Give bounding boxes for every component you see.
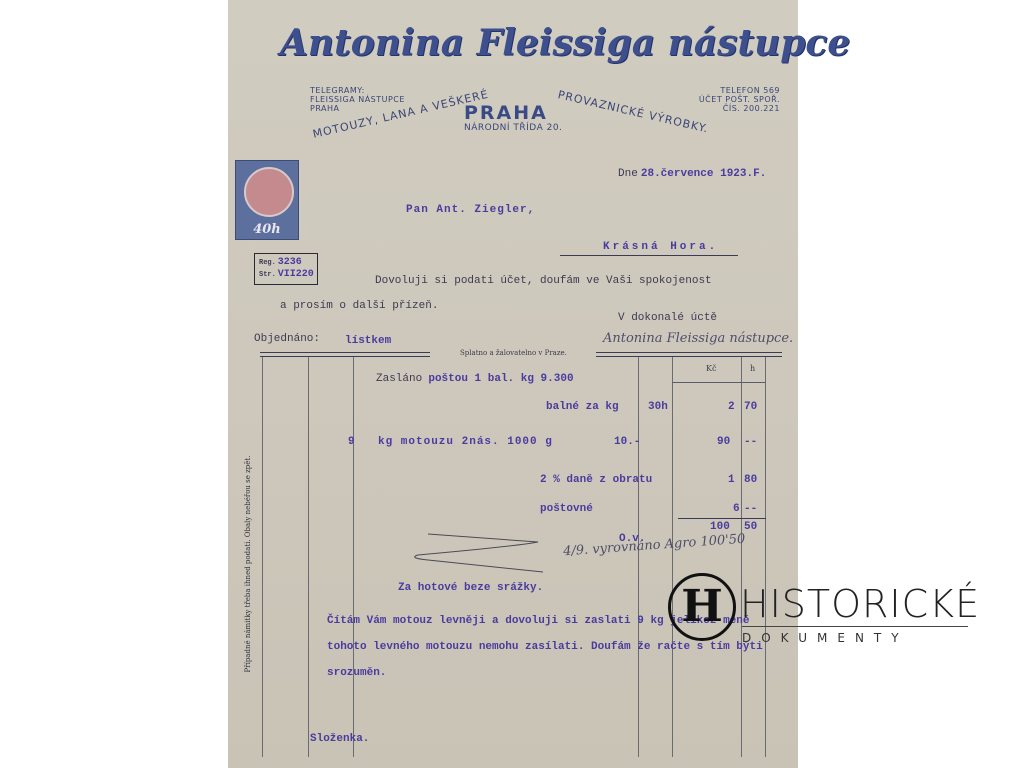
registration-box: Reg. 3236 Str. VII220 [254, 253, 318, 285]
date-label: Dne [618, 168, 638, 180]
reg-label: Reg. [259, 259, 276, 267]
row-description: balné za kg [546, 401, 619, 413]
table-col-line [765, 357, 766, 757]
stamp-value: 40h [236, 222, 298, 237]
order-label: Objednáno: [254, 333, 320, 345]
order-value: lístkem [345, 335, 391, 347]
signature: Antonina Fleissiga nástupce. [603, 331, 793, 346]
note-line-3: srozuměn. [327, 667, 386, 679]
watermark-subtitle: DOKUMENTY [742, 631, 909, 645]
stamp-emblem-icon [244, 167, 294, 217]
intro-line-2: a prosím o další přízeň. [280, 300, 438, 312]
payable-note: Splatno a žalovatelno v Praze. [460, 349, 567, 357]
reg-value: 3236 [278, 257, 302, 268]
str-value: VII220 [278, 269, 314, 280]
row-description: 2 % daně z obratu [540, 474, 652, 486]
table-col-line [262, 357, 263, 757]
payment-terms: Za hotové beze srážky. [398, 582, 543, 594]
row-kc: 6 [733, 503, 740, 515]
table-top-rule-right [596, 352, 782, 357]
row-unit-price: 30h [648, 401, 668, 413]
table-col-line [741, 357, 742, 757]
enclosure-note: Složenka. [310, 733, 369, 745]
place-underline [560, 255, 738, 256]
header-kc: Kč [706, 364, 716, 373]
table-col-line [353, 357, 354, 757]
phone-line: ČÍS. 200.221 [680, 104, 780, 113]
phone-info: TELEFON 569 ÚČET POŠT. SPOŘ. ČÍS. 200.22… [680, 86, 780, 113]
closing-greeting: V dokonalé úctě [618, 312, 717, 324]
intro-line-1: Dovoluji si podati účet, doufám ve Vaši … [375, 275, 712, 287]
city-heading: PRAHA [464, 102, 548, 124]
invoice-document: Antonina Fleissiga nástupce TELEGRAMY: F… [228, 0, 798, 768]
date-line: Dne 28.července 1923.F. [618, 167, 766, 180]
table-col-line [638, 357, 639, 757]
phone-line: ÚČET POŠT. SPOŘ. [680, 95, 780, 104]
row-h: 70 [744, 401, 757, 413]
street-address: NÁRODNÍ TŘÍDA 20. [464, 124, 562, 133]
row-h: -- [744, 503, 757, 515]
side-note: Případné námitky třeba ihned podati. Oba… [244, 434, 252, 694]
row-h: -- [744, 436, 757, 448]
total-h: 50 [744, 521, 757, 533]
table-col-line [672, 357, 673, 757]
watermark-title: HISTORICKÉ [740, 584, 980, 624]
row-description: poštovné [540, 503, 593, 515]
total-rule [678, 518, 766, 519]
table-col-line [308, 357, 309, 757]
recipient-place: Krásná Hora. [603, 241, 718, 253]
header-h: h [750, 364, 755, 373]
header-rule [672, 382, 765, 383]
table-row: Zasláno poštou 1 bal. kg 9.300 [376, 372, 574, 385]
recipient-name: Pan Ant. Ziegler, [406, 204, 535, 216]
row-unit-price: 10.- [614, 436, 640, 448]
str-label: Str. [259, 271, 276, 279]
note-line-2: tohoto levného motouzu nemohu zasílati. … [327, 641, 763, 653]
watermark-monogram-letter: H [671, 580, 733, 634]
handwritten-note: 4/9. vyrovnáno Agro 100'50 [563, 532, 746, 560]
row-kc: 2 [728, 401, 735, 413]
company-name-logo: Antonina Fleissiga nástupce [280, 22, 850, 64]
row-kc: 90 [717, 436, 730, 448]
row-kc: 1 [728, 474, 735, 486]
watermark-rule [742, 626, 968, 627]
telegram-line: FLEISSIGA NÁSTUPCE [310, 95, 405, 104]
row-qty: 9 [348, 436, 355, 448]
revenue-stamp: 40h [235, 160, 299, 240]
watermark-monogram-icon: H [668, 573, 736, 641]
table-top-rule-left [260, 352, 430, 357]
row-h: 80 [744, 474, 757, 486]
phone-line: TELEFON 569 [680, 86, 780, 95]
telegram-line: TELEGRAMY: [310, 86, 405, 95]
total-kc: 100 [710, 521, 730, 533]
scribble-mark-icon [398, 530, 548, 580]
date-value: 28.července 1923.F. [641, 168, 766, 180]
row-description: kg motouzu 2nás. 1000 g [378, 436, 553, 448]
